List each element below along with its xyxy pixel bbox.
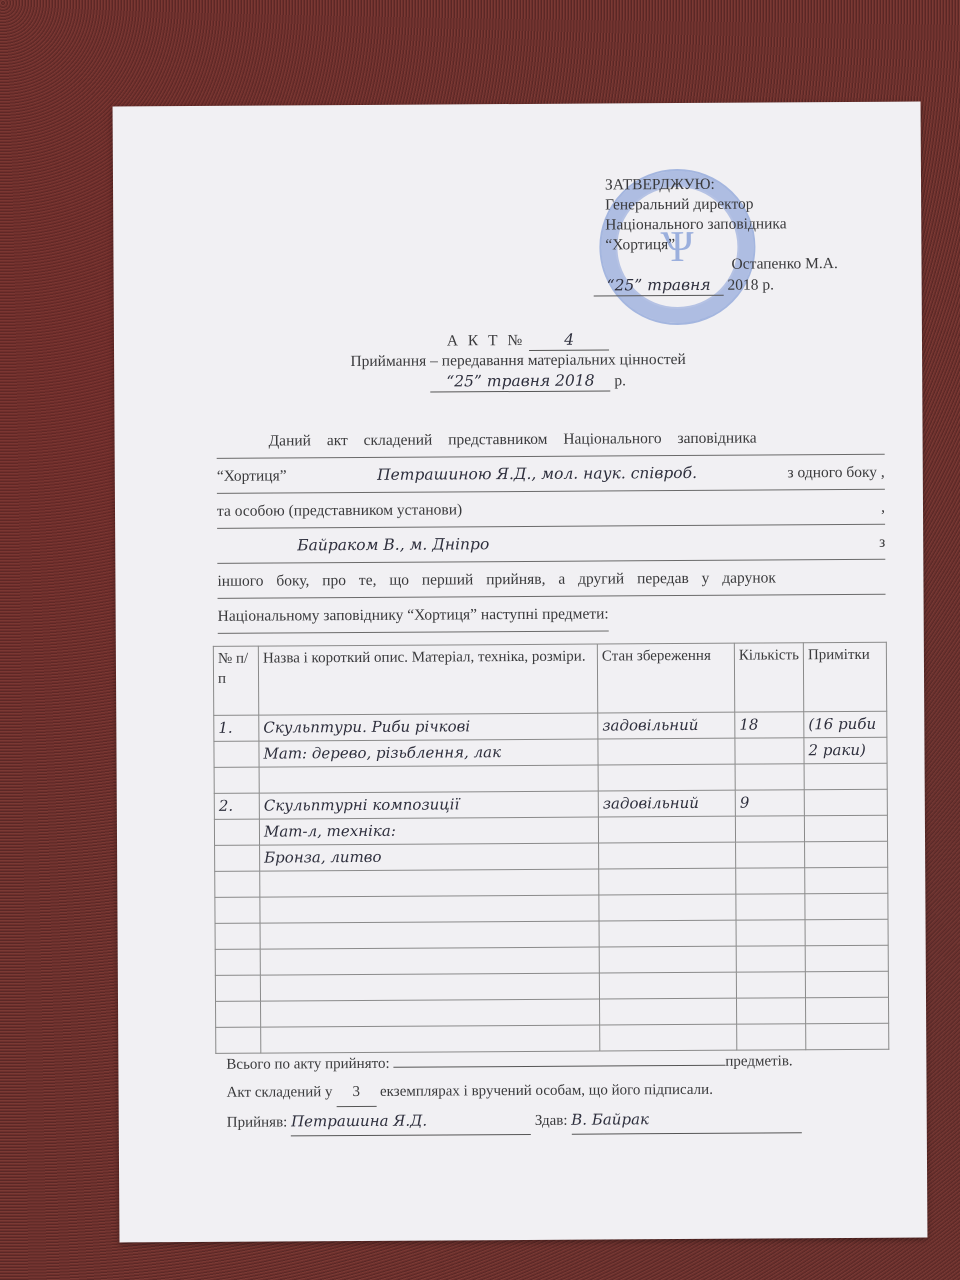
cell-name [260, 895, 599, 923]
act-date: “25” травня 2018 р. [114, 369, 922, 395]
total-field [393, 1065, 725, 1068]
cell-quantity [736, 868, 805, 894]
signatures-line: Прийняв: Петрашина Я.Д. Здав: В. Байрак [227, 1104, 877, 1137]
cell-number [216, 1027, 261, 1053]
copies-line: Акт складений у 3 екземплярах і вручений… [226, 1075, 876, 1108]
approver-name: Остапенко М.А. [605, 254, 837, 275]
cell-number [214, 819, 259, 845]
cell-condition [598, 816, 735, 843]
cell-quantity [736, 920, 805, 946]
table-row: 2.Скульптурні композиціїзадовільний9 [214, 789, 887, 819]
table-row [215, 919, 888, 949]
approval-date: “25” травня 2018 р. [594, 274, 838, 296]
received-signature: Петрашина Я.Д. [291, 1106, 531, 1136]
copies-field: 3 [336, 1078, 376, 1107]
table-row [216, 997, 889, 1027]
cell-condition [599, 946, 736, 973]
col-quantity: Кількість [734, 643, 803, 712]
cell-notes [805, 841, 888, 868]
act-footer: Всього по акту прийнято: предметів. Акт … [226, 1047, 877, 1137]
table-row [215, 971, 888, 1001]
total-line: Всього по акту прийнято: предметів. [226, 1047, 876, 1079]
cell-name [261, 999, 600, 1027]
act-title-block: А К Т № 4 Приймання – передавання матері… [114, 328, 922, 395]
cell-quantity [736, 894, 805, 920]
cell-quantity [735, 816, 804, 842]
cell-notes [805, 893, 888, 920]
cell-quantity: 18 [735, 712, 804, 738]
cell-condition [599, 894, 736, 921]
cell-condition [599, 972, 736, 999]
handed-signature: В. Байрак [571, 1104, 801, 1134]
cell-condition [599, 998, 736, 1025]
cell-number [216, 1001, 261, 1027]
approval-month: травня [647, 276, 710, 294]
body-line-5: іншого боку, про те, що перший прийняв, … [217, 560, 885, 599]
table-row [215, 945, 888, 975]
act-number: 4 [529, 329, 609, 350]
cell-quantity: 9 [735, 790, 804, 816]
cell-condition: задовільний [598, 712, 735, 739]
cell-number [215, 975, 260, 1001]
col-number: № п/п [213, 646, 258, 715]
cell-quantity [736, 842, 805, 868]
approval-day: 25 [615, 276, 635, 294]
cell-name [260, 973, 599, 1001]
cell-number: 2. [214, 793, 259, 819]
body-line-2: “Хортиця” Петрашиною Я.Д., мол. наук. сп… [217, 455, 885, 494]
cell-number [215, 897, 260, 923]
cell-notes [805, 971, 888, 998]
donor-name-handwritten: Байраком В., м. Дніпро [217, 527, 489, 563]
cell-name [260, 921, 599, 949]
cell-quantity [736, 998, 805, 1024]
cell-name: Мат: дерево, різьблення, лак [259, 739, 598, 767]
table-row [214, 763, 887, 793]
cell-notes [805, 919, 888, 946]
cell-quantity [736, 946, 805, 972]
approval-heading: ЗАТВЕРДЖУЮ: [605, 174, 837, 195]
cell-name [260, 947, 599, 975]
approval-block: ЗАТВЕРДЖУЮ: Генеральний директор Націона… [605, 174, 838, 296]
cell-notes [804, 789, 887, 816]
cell-number [215, 871, 260, 897]
cell-condition [599, 868, 736, 895]
table-row: Мат: дерево, різьблення, лак2 раки) [214, 737, 887, 767]
cell-name: Скульптурні композиції [259, 791, 598, 819]
cell-number [214, 741, 259, 767]
cell-notes [805, 867, 888, 894]
cell-notes [806, 997, 889, 1024]
table-row: 1.Скульптури. Риби річковізадовільний18(… [214, 711, 887, 741]
cell-condition [598, 764, 735, 791]
cell-number [215, 949, 260, 975]
receiver-name-handwritten: Петрашиною Я.Д., мол. наук. співроб. [377, 456, 697, 492]
cell-quantity [735, 738, 804, 764]
act-body: Даний акт складений представником Націон… [216, 420, 885, 634]
cell-notes [806, 1023, 889, 1050]
cell-quantity [736, 972, 805, 998]
cell-quantity [737, 1024, 806, 1050]
items-table: № п/п Назва і короткий опис. Матеріал, т… [213, 642, 889, 1054]
table-row: Бронза, литво [215, 841, 888, 871]
cell-number: 1. [214, 715, 259, 741]
cell-condition: задовільний [598, 790, 735, 817]
cell-quantity [735, 764, 804, 790]
col-name: Назва і короткий опис. Матеріал, техніка… [258, 644, 597, 715]
cell-name: Бронза, литво [260, 843, 599, 871]
body-line-6: Національному заповіднику “Хортиця” наст… [218, 596, 609, 633]
cell-name [260, 869, 599, 897]
cell-condition [599, 920, 736, 947]
body-line-3: та особою (представником установи) , [217, 490, 885, 529]
cell-name: Мат-л, техніка: [259, 817, 598, 845]
approval-position-2: Національного заповідника [605, 214, 837, 235]
cell-number [215, 845, 260, 871]
cell-condition [599, 842, 736, 869]
approval-position-1: Генеральний директор [605, 194, 837, 215]
body-line-4: Байраком В., м. Дніпро з [217, 525, 885, 564]
approval-position-3: “Хортиця” [605, 234, 837, 255]
cell-notes: (16 риби [804, 711, 887, 738]
cell-name: Скульптури. Риби річкові [259, 713, 598, 741]
document-page: Ѱ ЗАТВЕРДЖУЮ: Генеральний директор Націо… [113, 102, 928, 1243]
cell-notes [804, 815, 887, 842]
cell-notes [805, 945, 888, 972]
col-notes: Примітки [803, 642, 886, 712]
approval-year: 2018 р. [727, 276, 774, 293]
table-row [215, 867, 888, 897]
cell-notes: 2 раки) [804, 737, 887, 764]
cell-number [215, 923, 260, 949]
cell-number [214, 767, 259, 793]
cell-name [259, 765, 598, 793]
col-condition: Стан збереження [597, 643, 734, 713]
table-row [215, 893, 888, 923]
body-line-1: Даний акт складений представником Націон… [216, 420, 884, 459]
cell-condition [598, 738, 735, 765]
table-row: Мат-л, техніка: [214, 815, 887, 845]
cell-notes [804, 763, 887, 790]
table-header-row: № п/п Назва і короткий опис. Матеріал, т… [213, 642, 886, 715]
